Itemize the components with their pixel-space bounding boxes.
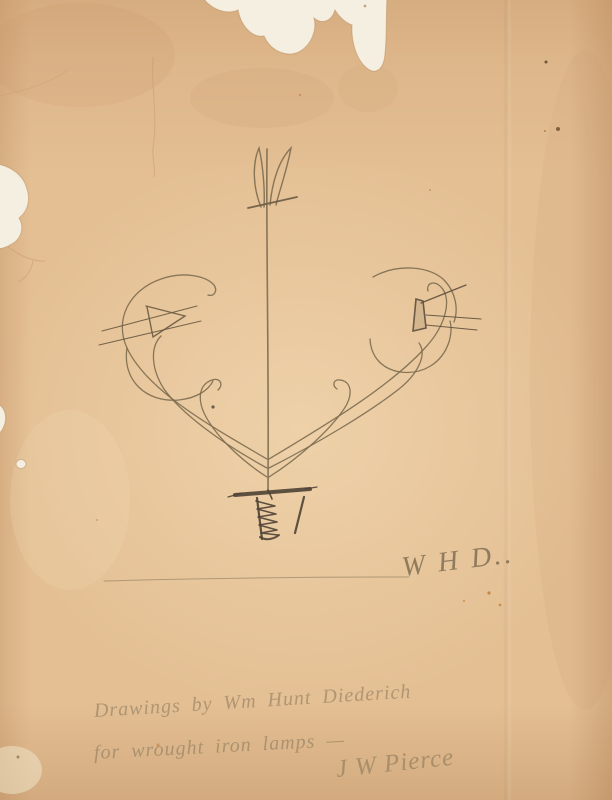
pot [228,487,317,539]
pot-coil [256,501,278,535]
trident-finial [248,148,297,208]
lamp-sketch [99,148,481,581]
right-pennant [413,285,481,331]
left-leaf-scroll [122,275,267,477]
tear-left-sliver [0,404,6,434]
stem [267,149,268,491]
artwork-scan: W H D.. Drawings by Wm Hunt Diederich fo… [0,0,612,800]
right-leaf-scroll [269,268,456,477]
tear-dot [16,460,26,469]
paper-stains [0,3,612,794]
tear-top [203,0,387,71]
ground-line [104,577,409,581]
left-pennant [99,306,201,345]
pencil-drawing [0,0,612,800]
tear-left [0,164,29,249]
